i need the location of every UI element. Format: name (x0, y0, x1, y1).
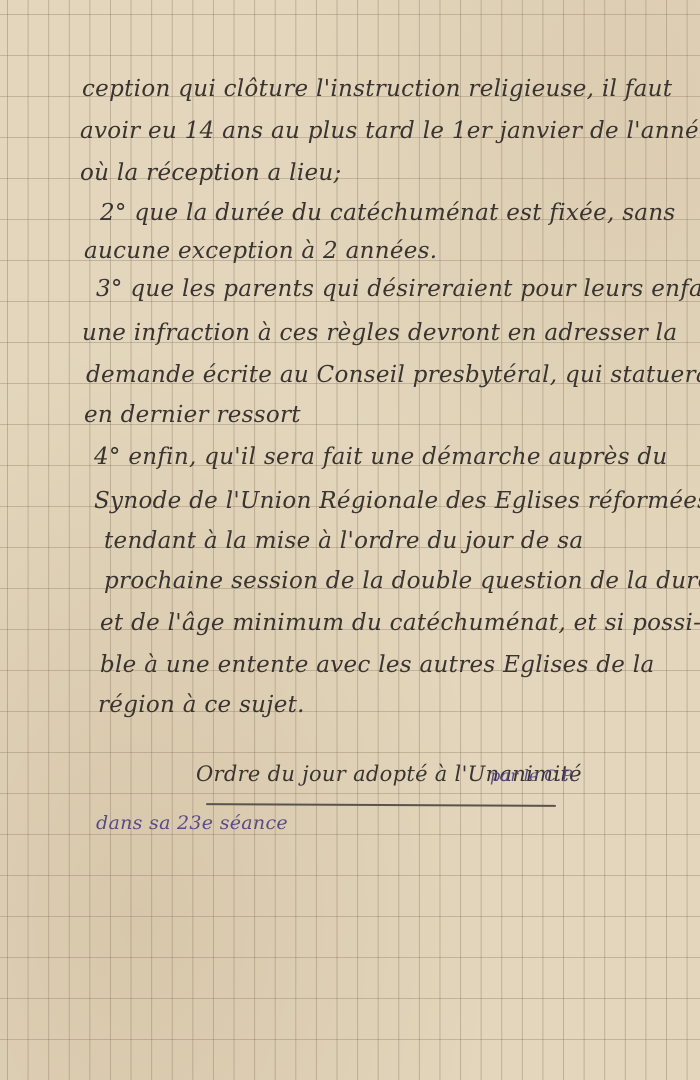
text-line: région à ce sujet. (98, 692, 305, 718)
text-line: ble à une entente avec les autres Eglise… (100, 652, 654, 678)
numbered-clause-4: 4° enfin, qu'il sera fait une démarche a… (94, 444, 668, 470)
numbered-clause-3: 3° que les parents qui désireraient pour… (96, 276, 700, 302)
text-line: où la réception a lieu; (80, 160, 342, 186)
text-line: une infraction à ces règles devront en a… (82, 320, 677, 346)
text-line: demande écrite au Conseil presbytéral, q… (86, 362, 700, 388)
resolution-underline (206, 803, 556, 807)
text-line: avoir eu 14 ans au plus tard le 1er janv… (80, 118, 700, 144)
text-line: en dernier ressort (84, 402, 301, 428)
text-line: ception qui clôture l'instruction religi… (82, 76, 672, 102)
session-note: dans sa 23e séance (96, 812, 288, 834)
text-line: prochaine session de la double question … (104, 568, 700, 594)
handwritten-page: ception qui clôture l'instruction religi… (0, 0, 700, 1080)
text-line: tendant à la mise à l'ordre du jour de s… (104, 528, 583, 554)
text-line: et de l'âge minimum du catéchuménat, et … (100, 610, 700, 636)
resolution-annotation: par le C.P. (490, 766, 575, 785)
numbered-clause-2: 2° que la durée du catéchuménat est fixé… (100, 200, 676, 226)
text-line: aucune exception à 2 années. (84, 238, 437, 264)
text-line: Synode de l'Union Régionale des Eglises … (94, 488, 700, 514)
